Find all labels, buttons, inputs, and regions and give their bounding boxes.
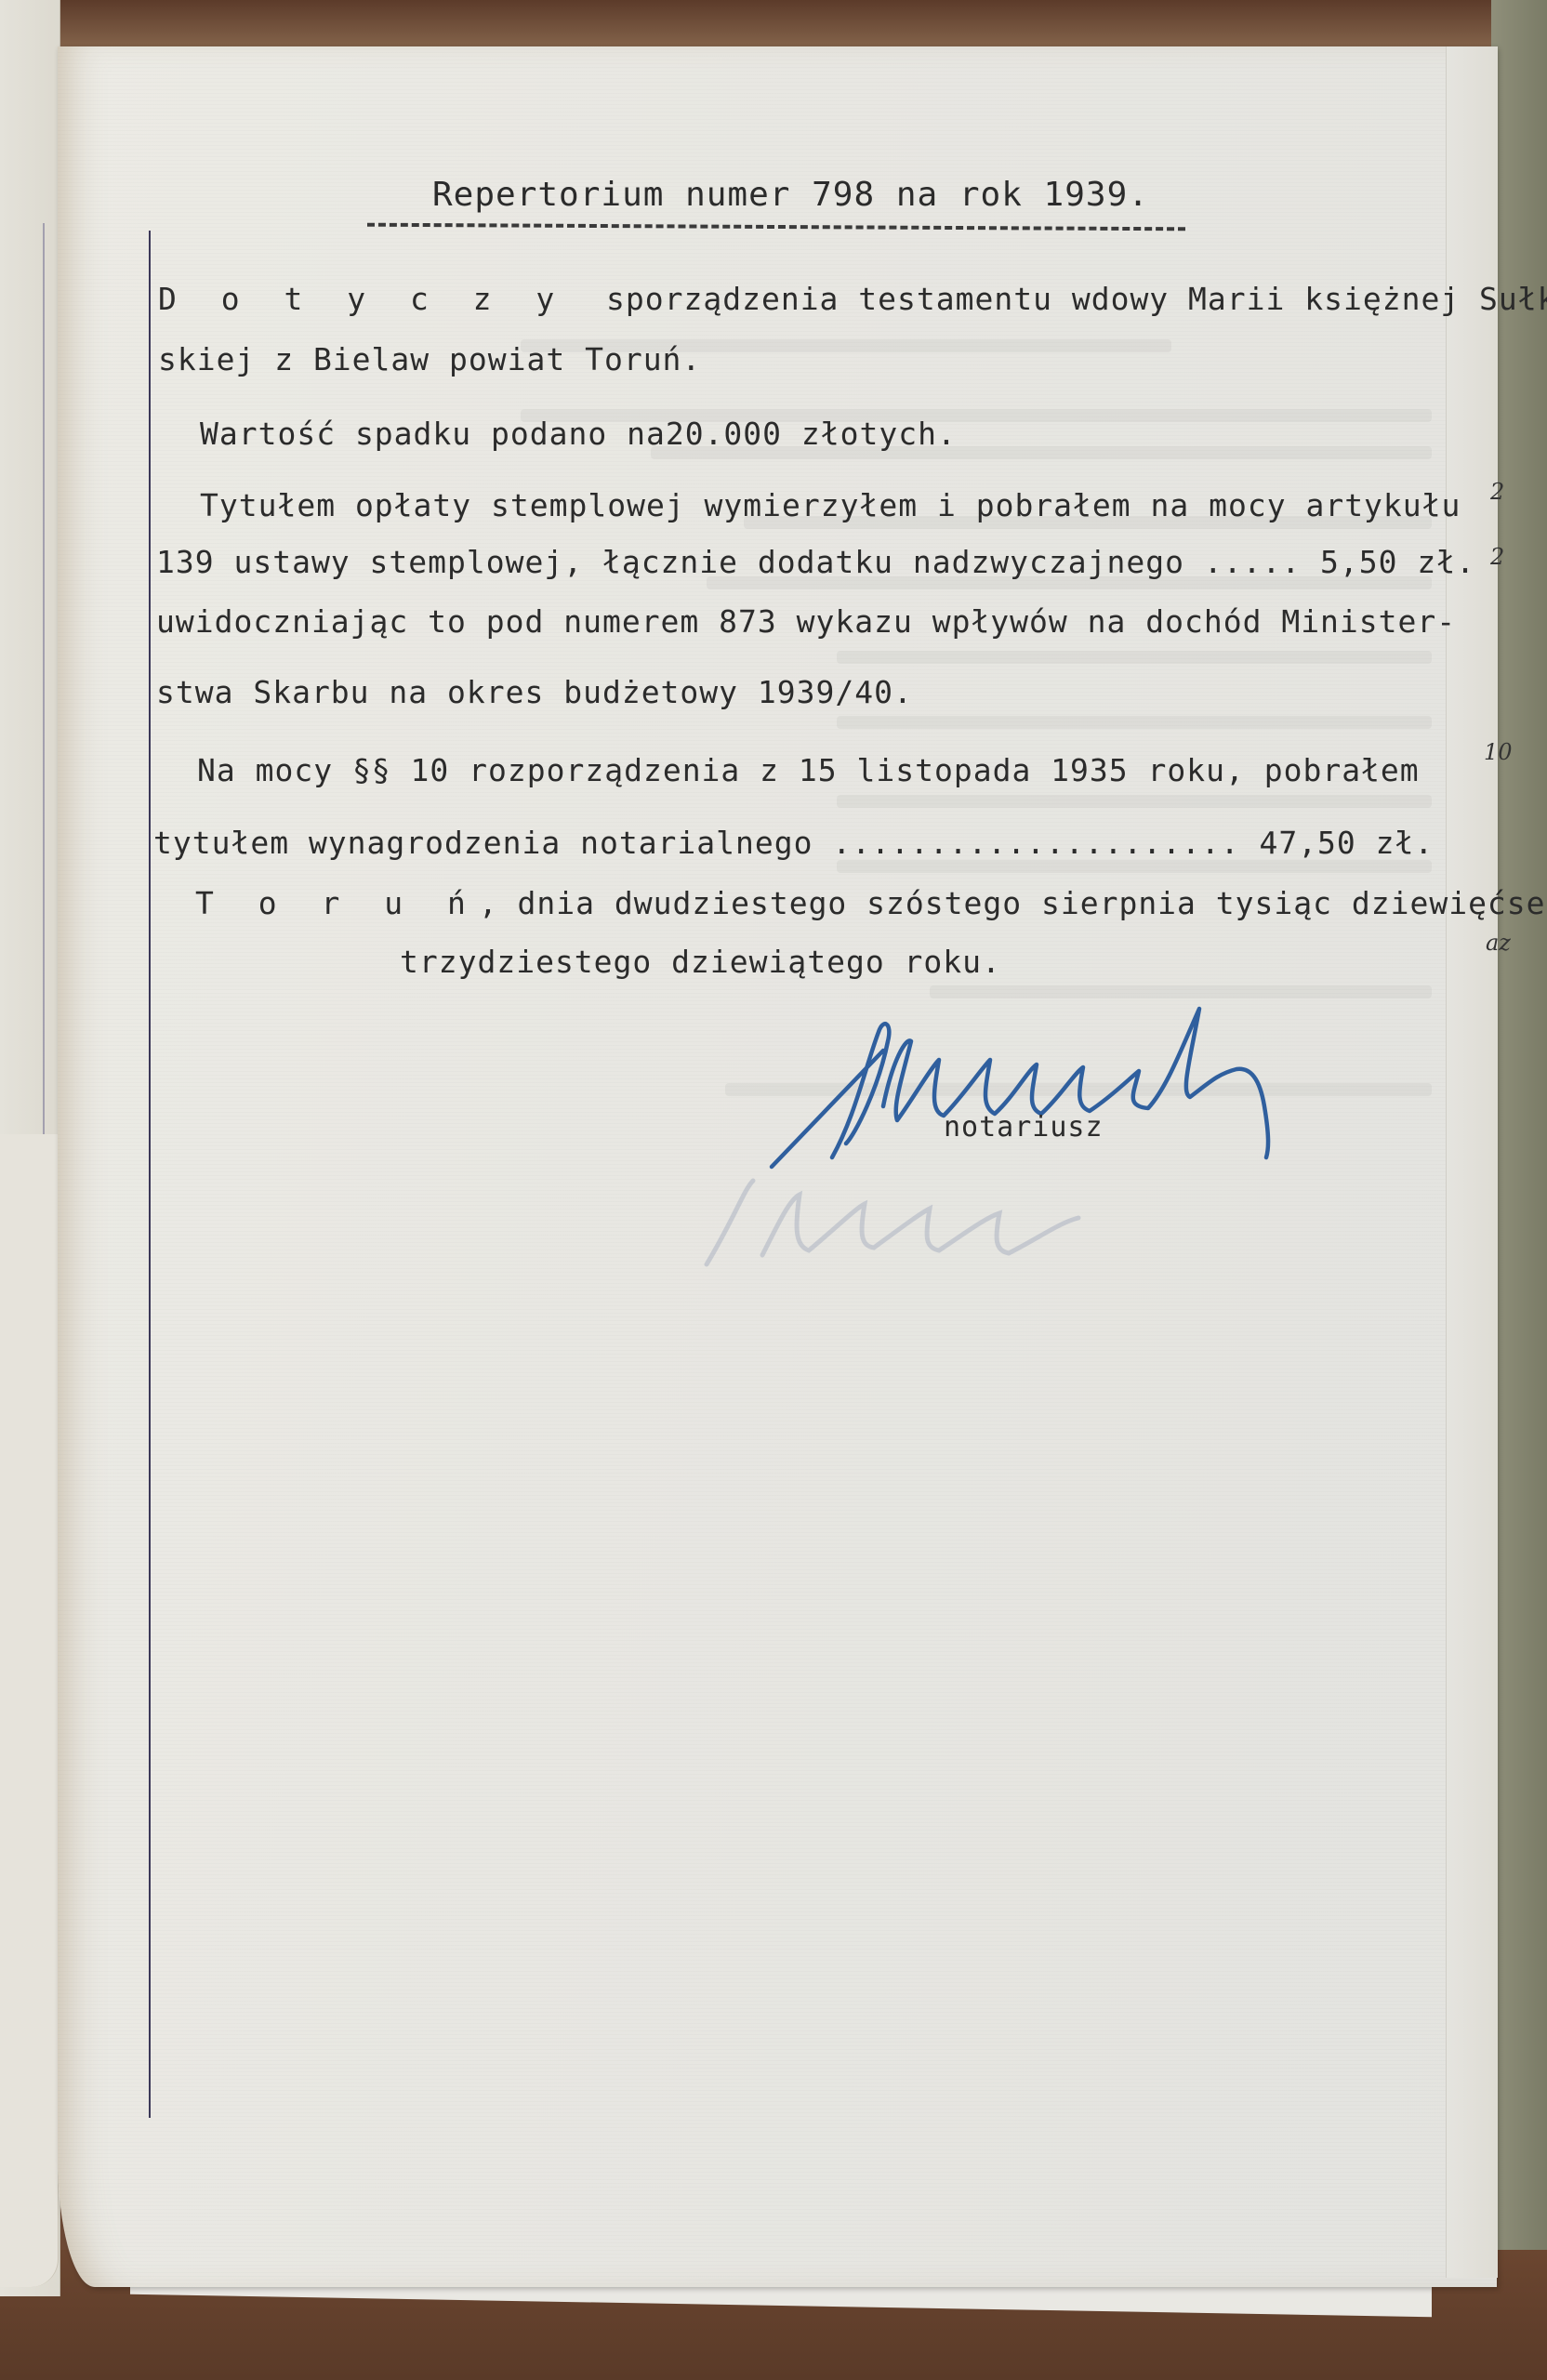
- body-line-5: 139 ustawy stemplowej, łącznie dodatku n…: [156, 547, 1475, 577]
- show-through-line: [837, 860, 1432, 873]
- place-label: T o r u ń: [195, 885, 479, 921]
- body-line-3: Wartość spadku podano na20.000 złotych.: [200, 418, 957, 449]
- subject-label: D o t y c z y: [158, 281, 567, 317]
- body-line-1: D o t y c z y sporządzenia testamentu wd…: [158, 284, 1547, 314]
- page-stack-edge: [1446, 46, 1498, 2278]
- body-line-2: skiej z Bielaw powiat Toruń.: [158, 344, 701, 375]
- margin-note: az: [1486, 930, 1511, 956]
- left-page-flap: [0, 1134, 59, 2287]
- margin-rule-line: [149, 231, 151, 2118]
- body-line-4: Tytułem opłaty stemplowej wymierzyłem i …: [200, 490, 1461, 521]
- bleed-through-signature: [688, 1162, 1209, 1274]
- show-through-line: [837, 795, 1432, 808]
- body-line-text: sporządzenia testamentu wdowy Marii księ…: [567, 281, 1547, 317]
- margin-note: 2: [1490, 544, 1504, 570]
- document-heading: Repertorium numer 798 na rok 1939.: [432, 178, 1149, 212]
- body-line-10: T o r u ń, dnia dwudziestego szóstego si…: [195, 888, 1547, 919]
- left-page-margin-rule: [43, 223, 45, 1153]
- body-line-8: Na mocy §§ 10 rozporządzenia z 15 listop…: [197, 755, 1420, 786]
- notary-title: notariusz: [944, 1114, 1104, 1142]
- body-line-9: tytułem wynagrodzenia notarialnego .....…: [153, 827, 1434, 858]
- show-through-line: [837, 651, 1432, 664]
- body-line-7: stwa Skarbu na okres budżetowy 1939/40.: [156, 677, 913, 707]
- show-through-line: [837, 716, 1432, 729]
- margin-note: 2: [1490, 479, 1504, 505]
- margin-note: 10: [1484, 739, 1513, 765]
- body-line-text: , dnia dwudziestego szóstego sierpnia ty…: [479, 885, 1547, 921]
- body-line-11: trzydziestego dziewiątego roku.: [400, 946, 1001, 977]
- body-line-6: uwidoczniając to pod numerem 873 wykazu …: [156, 606, 1456, 637]
- binder-edge: [1491, 0, 1547, 2380]
- show-through-line: [930, 985, 1432, 998]
